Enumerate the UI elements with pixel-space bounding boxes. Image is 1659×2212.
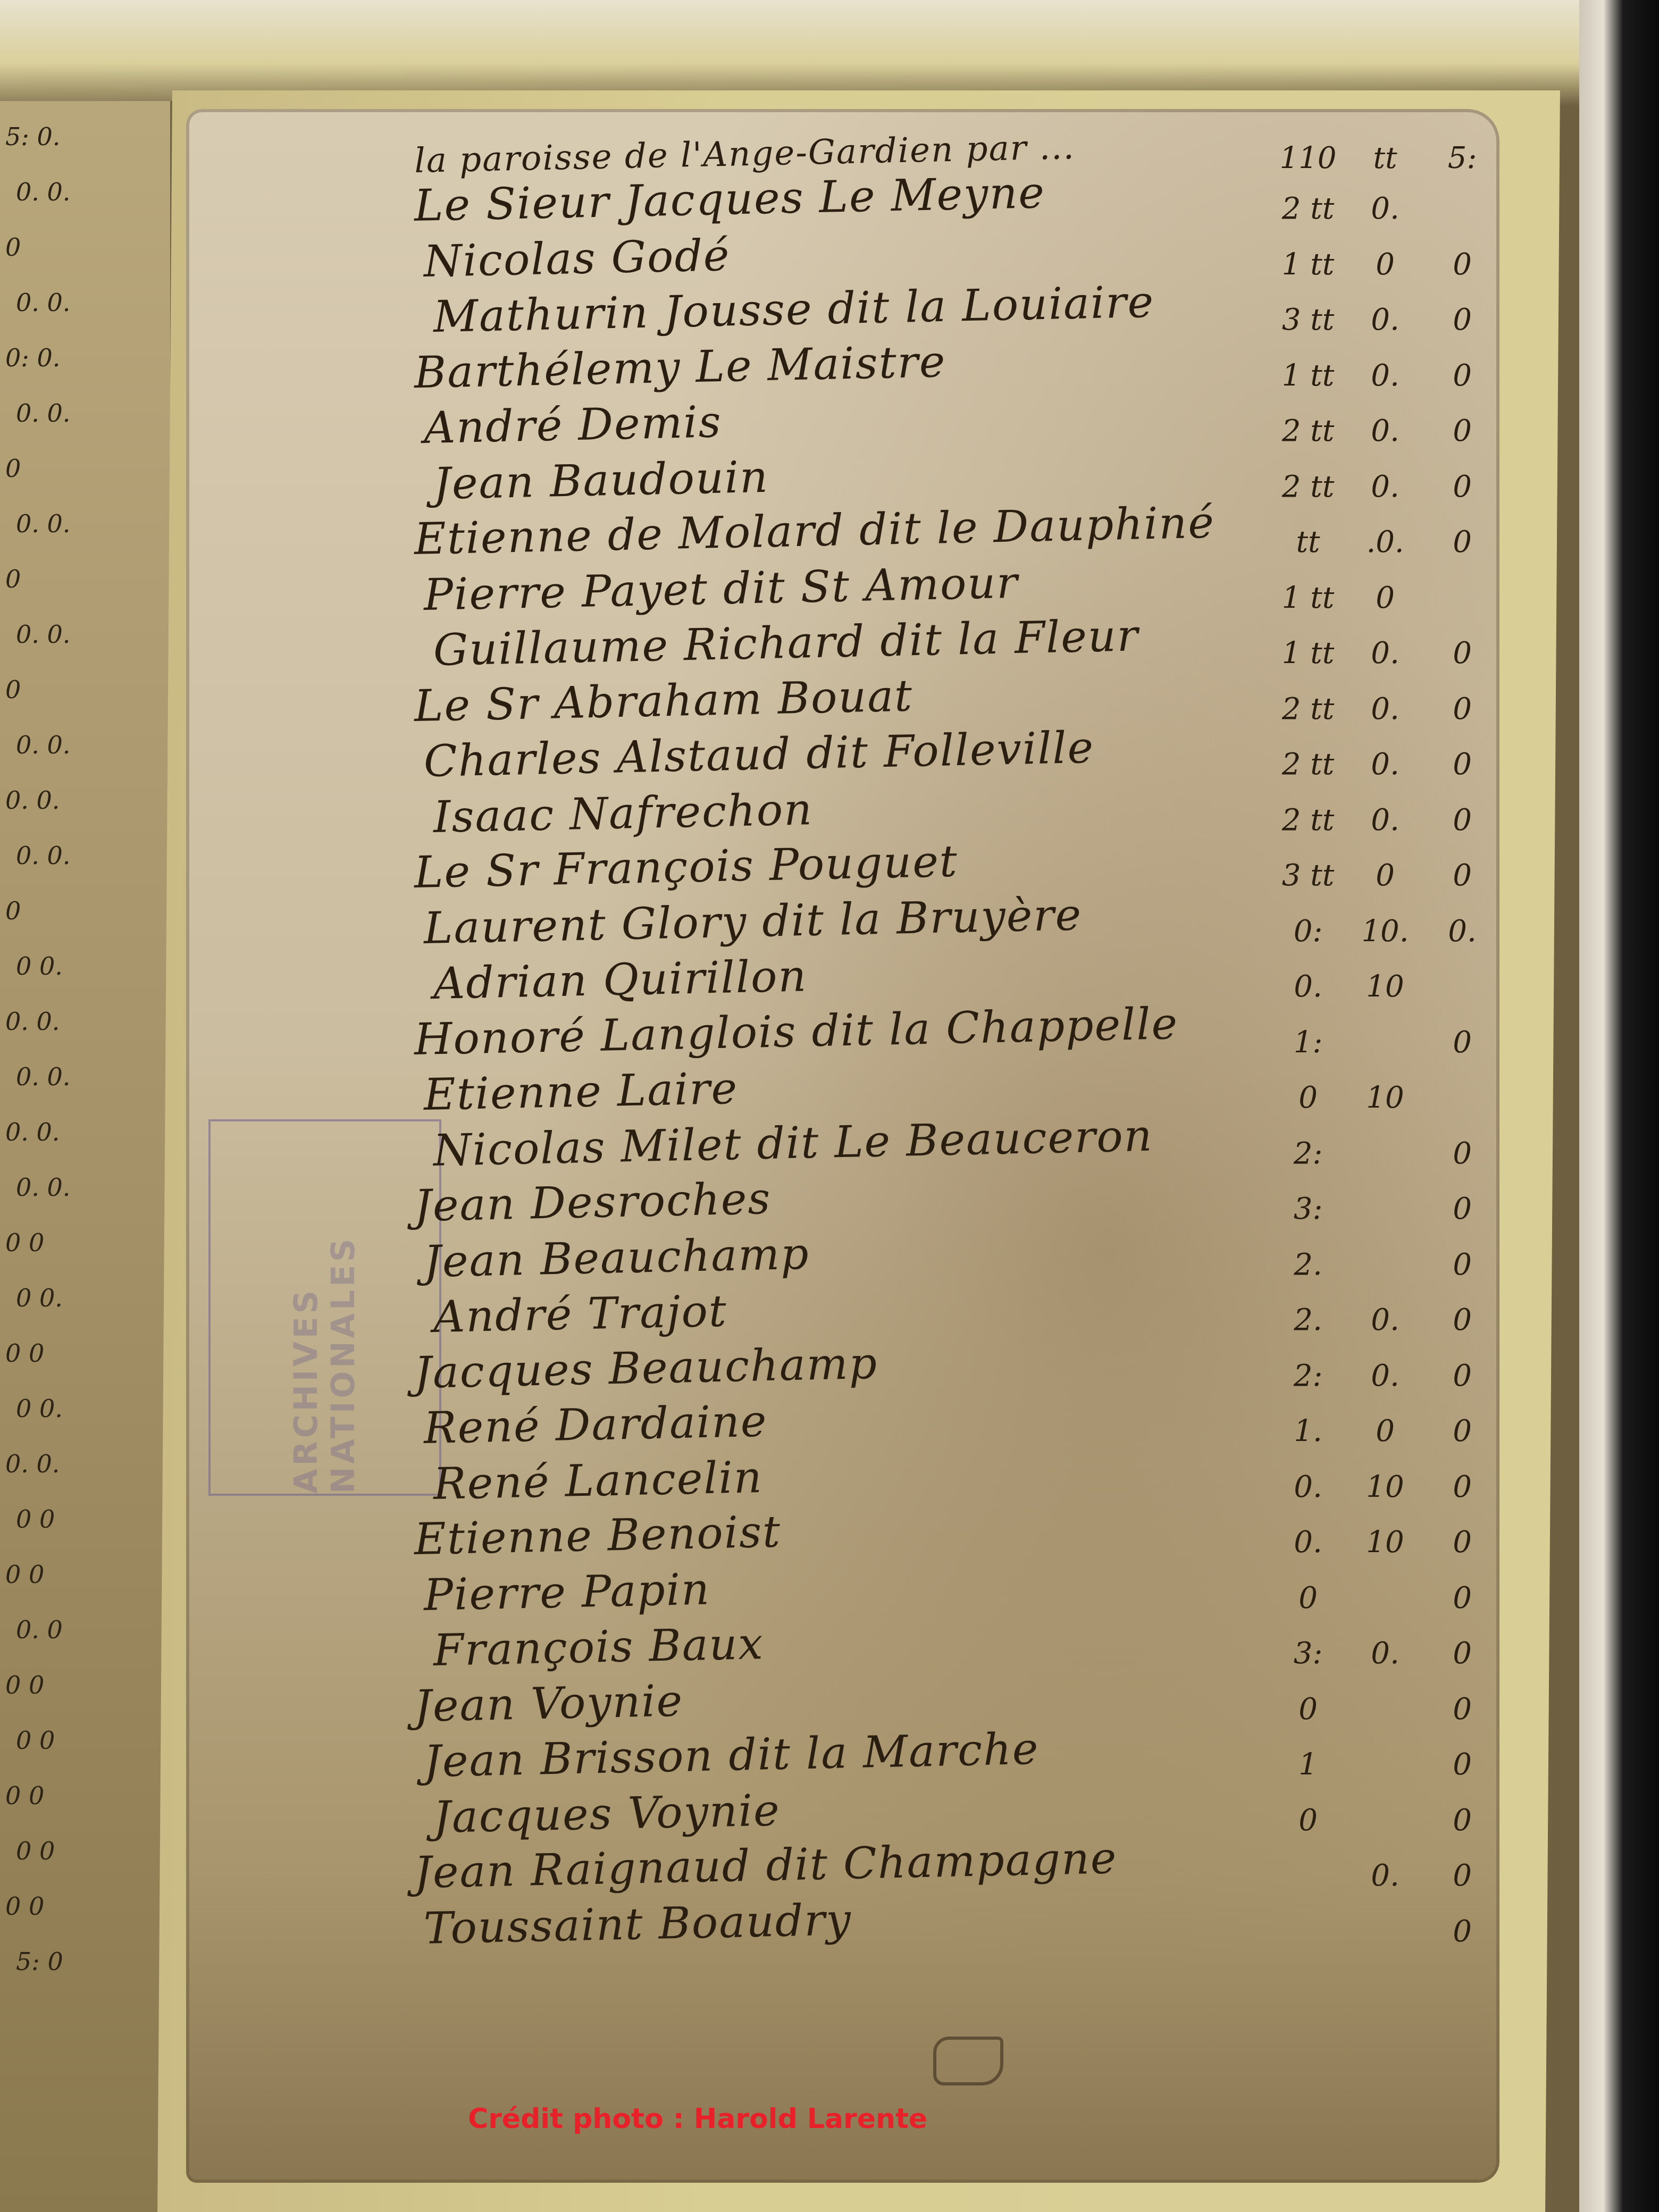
entry-name: Nicolas Godé [423, 230, 731, 287]
left-page-amount: 0. 0. [16, 399, 70, 428]
entry-name: François Baux [433, 1619, 765, 1676]
entry-amount-livres: 2 tt [1271, 803, 1345, 837]
register-entry: Laurent Glory dit la Bruyère0:10.0. [415, 895, 1499, 954]
entry-amounts: tt.0.0 [1271, 525, 1499, 559]
register-entry: Mathurin Jousse dit la Louiaire3 tt0.0 [415, 284, 1499, 342]
entry-amount-deniers: 0 [1425, 747, 1499, 782]
entry-amounts: 2 tt0.0 [1271, 414, 1499, 448]
entry-name: Isaac Nafrechon [433, 784, 814, 843]
left-page-amount: 0. 0. [16, 288, 70, 317]
entry-amount-sols [1348, 1025, 1422, 1060]
register-entry: Charles Alstaud dit Folleville2 tt0.0 [415, 728, 1499, 787]
left-page-amount: 0 0 [16, 1726, 55, 1755]
left-page-amount: 0 0 [5, 1560, 44, 1589]
entry-amount-deniers: 0 [1425, 1581, 1499, 1615]
entry-amount-sols: .0. [1348, 525, 1422, 559]
left-page-amount: 0. 0 [16, 1615, 63, 1644]
left-page-amount: 0 0. [16, 1394, 63, 1423]
entry-name: Jean Voynie [414, 1675, 684, 1732]
entry-name: Etienne Benoist [414, 1507, 782, 1565]
header-amount-deniers: 5: [1425, 141, 1499, 175]
entry-amount-livres: 2 tt [1271, 191, 1345, 226]
left-page-amount: 0 0 [5, 1228, 44, 1257]
archive-stamp-text: ARCHIVES NATIONALES [288, 1121, 362, 1494]
register-entry: Etienne Laire010 [415, 1062, 1499, 1120]
left-page-amount: 0. 0. [16, 509, 70, 538]
entry-amount-deniers: 0 [1425, 525, 1499, 559]
entry-amounts: 2.0.0 [1271, 1303, 1499, 1337]
entry-amount-deniers: 0 [1425, 1136, 1499, 1171]
entry-amounts: 2:0 [1271, 1136, 1499, 1171]
entry-name: Pierre Papin [423, 1564, 711, 1620]
header-amounts: 110 tt 5: [1271, 141, 1499, 175]
register-entry: André Trajot2.0.0 [415, 1284, 1499, 1343]
entry-amount-sols: 0 [1348, 858, 1422, 893]
entry-amounts: 0.100 [1271, 1470, 1499, 1504]
entry-name: Jacques Voynie [433, 1785, 781, 1843]
left-page-amount: 0 0 [5, 1339, 44, 1368]
entry-amount-sols: 0. [1348, 1359, 1422, 1393]
entry-amount-deniers: 0 [1425, 858, 1499, 893]
entry-amount-sols: 0. [1348, 1303, 1422, 1337]
entry-amount-livres: 1 [1271, 1747, 1345, 1782]
register-entry: Pierre Papin00 [415, 1562, 1499, 1621]
entry-name: Le Sieur Jacques Le Meyne [414, 167, 1046, 231]
entry-amounts: 0.100 [1271, 1525, 1499, 1560]
entry-amount-livres: 2. [1271, 1303, 1345, 1337]
entry-amount-livres: 0 [1271, 1803, 1345, 1838]
entry-amount-deniers: 0 [1425, 1470, 1499, 1504]
entry-amounts: 0.10 [1271, 969, 1499, 1004]
entry-amount-sols: 0. [1348, 747, 1422, 782]
entry-amount-livres: 3 tt [1271, 303, 1345, 337]
entry-name: Le Sr Abraham Bouat [414, 671, 914, 732]
register-entry: Pierre Payet dit St Amour1 tt0 [415, 562, 1499, 621]
entry-amount-deniers: 0 [1425, 1192, 1499, 1226]
entry-amount-deniers: 0 [1425, 1525, 1499, 1560]
entry-amount-deniers: 0 [1425, 1303, 1499, 1337]
entry-name: Jean Beauchamp [423, 1228, 810, 1287]
entry-amount-sols [1348, 1803, 1422, 1838]
entry-amount-livres: 0 [1271, 1581, 1345, 1615]
entry-amount-sols: 0. [1348, 303, 1422, 337]
left-page-amount: 0. 0. [5, 786, 60, 815]
entry-amount-sols: 0. [1348, 692, 1422, 726]
entry-amount-deniers [1425, 1080, 1499, 1115]
register-entry: Jacques Voynie00 [415, 1784, 1499, 1843]
left-facing-page: 5: 0.0. 0.00. 0.0: 0.0. 0.00. 0.00. 0.00… [0, 101, 173, 2212]
left-page-amount: 0 0 [5, 1671, 44, 1699]
entry-amount-deniers [1425, 969, 1499, 1004]
register-entry: André Demis2 tt0.0 [415, 395, 1499, 454]
left-page-amount: 0. 0. [16, 1173, 70, 1202]
entry-amount-livres: 3 tt [1271, 858, 1345, 893]
left-page-amount: 0 0 [16, 1505, 55, 1534]
entry-amount-deniers: 0 [1425, 414, 1499, 448]
left-page-amount: 0 0. [16, 952, 63, 981]
entry-amount-livres [1271, 1858, 1345, 1893]
entry-amount-sols: 0 [1348, 581, 1422, 615]
entry-amount-livres: 0. [1271, 1525, 1345, 1560]
register-entry: Etienne de Molard dit le Dauphinétt.0.0 [415, 506, 1499, 565]
wax-seal-mark [933, 2037, 1003, 2085]
entry-name: Jean Raignaud dit Champagne [414, 1833, 1118, 1898]
entry-amount-deniers: 0 [1425, 1247, 1499, 1282]
entry-name: Honoré Langlois dit la Chappelle [414, 998, 1179, 1065]
entry-amount-deniers: 0 [1425, 1803, 1499, 1838]
entry-amount-deniers: 0 [1425, 636, 1499, 671]
entry-amount-livres: 3: [1271, 1192, 1345, 1226]
entry-amount-sols: 0. [1348, 191, 1422, 226]
register-entry: René Dardaine1.00 [415, 1395, 1499, 1454]
entry-amount-livres: 2. [1271, 1247, 1345, 1282]
photo-credit: Crédit photo : Harold Larente [468, 2103, 927, 2135]
archive-stamp: ARCHIVES NATIONALES [208, 1119, 441, 1496]
left-page-amount: 0 0 [5, 1892, 44, 1921]
entry-amount-sols [1348, 1136, 1422, 1171]
entry-amounts: 00 [1271, 1581, 1499, 1615]
entry-amount-deniers: 0 [1425, 303, 1499, 337]
register-entry: Etienne Benoist0.100 [415, 1506, 1499, 1565]
entry-name: Guillaume Richard dit la Fleur [433, 610, 1139, 676]
entry-amount-sols: 10 [1348, 1470, 1422, 1504]
entry-amount-sols: 0 [1348, 1414, 1422, 1448]
register-entry: Jean Raignaud dit Champagne0.0 [415, 1840, 1499, 1898]
entry-amount-sols: 0. [1348, 414, 1422, 448]
entry-amounts: 2 tt0.0 [1271, 692, 1499, 726]
entry-amount-sols: 0. [1348, 470, 1422, 504]
left-page-amount: 0: 0. [5, 343, 60, 372]
entry-amounts: 3:0 [1271, 1192, 1499, 1226]
entry-name: André Demis [423, 397, 723, 454]
left-page-amount: 0 [5, 675, 21, 704]
entry-amount-livres: 2 tt [1271, 692, 1345, 726]
entry-amount-deniers: 0 [1425, 358, 1499, 393]
entry-name: Toussaint Boaudry [423, 1895, 852, 1954]
left-page-amount: 0. 0. [16, 841, 70, 870]
entry-amount-deniers: 0 [1425, 692, 1499, 726]
entry-amount-deniers: 0 [1425, 1914, 1499, 1949]
right-edge-background [1579, 0, 1659, 2212]
entry-amounts: 1 tt0.0 [1271, 636, 1499, 671]
entry-amount-livres: 2: [1271, 1359, 1345, 1393]
entry-amounts: 1.00 [1271, 1414, 1499, 1448]
entry-name: Barthélemy Le Maistre [414, 337, 946, 398]
entry-name: Jean Brisson dit la Marche [423, 1724, 1040, 1787]
entry-name: Jean Baudouin [433, 451, 769, 509]
entry-amounts: 3:0.0 [1271, 1636, 1499, 1671]
entry-amount-sols [1348, 1692, 1422, 1727]
left-page-amount: 0. 0. [5, 1007, 60, 1036]
entry-amounts: 2.0 [1271, 1247, 1499, 1282]
register-entry: Jean Baudouin2 tt0.0 [415, 451, 1499, 509]
entry-amount-livres: 0: [1271, 914, 1345, 949]
entry-name: Nicolas Milet dit Le Beauceron [433, 1110, 1153, 1176]
entry-amount-sols: 0 [1348, 247, 1422, 282]
entry-name: Etienne Laire [423, 1063, 739, 1120]
entry-amount-deniers: 0 [1425, 1858, 1499, 1893]
register-entry: Isaac Nafrechon2 tt0.0 [415, 784, 1499, 843]
entry-amounts: 0 [1271, 1914, 1499, 1949]
entry-amounts: 3 tt00 [1271, 858, 1499, 893]
register-entry: Guillaume Richard dit la Fleur1 tt0.0 [415, 617, 1499, 676]
entry-amount-deniers: 0 [1425, 1359, 1499, 1393]
left-page-amount: 0 0 [5, 1781, 44, 1810]
entry-amount-sols [1348, 1747, 1422, 1782]
entry-amount-sols [1348, 1247, 1422, 1282]
left-page-amount: 0. 0. [16, 178, 70, 206]
header-amount-livres: 110 [1271, 141, 1345, 175]
entry-amounts: 2 tt0.0 [1271, 470, 1499, 504]
entry-amount-livres: 1 tt [1271, 247, 1345, 282]
entry-name: Charles Alstaud dit Folleville [423, 723, 1095, 787]
entry-amount-deniers: 0 [1425, 1692, 1499, 1727]
entry-name: Pierre Payet dit St Amour [423, 557, 1019, 620]
entry-amount-livres: 1. [1271, 1414, 1345, 1448]
left-page-amount: 0. 0. [5, 1118, 60, 1146]
entry-amount-livres: 0 [1271, 1692, 1345, 1727]
entry-amount-livres: 0 [1271, 1080, 1345, 1115]
register-entry: Jacques Beauchamp2:0.0 [415, 1340, 1499, 1398]
left-page-amount: 0. 0. [16, 620, 70, 649]
entry-amounts: 2 tt0.0 [1271, 747, 1499, 782]
entry-name: Jacques Beauchamp [414, 1338, 878, 1398]
entry-amount-deniers: 0 [1425, 1747, 1499, 1782]
entry-amount-livres: 1 tt [1271, 636, 1345, 671]
register-entry: Adrian Quirillon0.10 [415, 951, 1499, 1009]
entry-name: Mathurin Jousse dit la Louiaire [433, 277, 1155, 342]
left-page-amount: 0. 0. [16, 731, 70, 759]
entry-name: André Trajot [433, 1286, 728, 1343]
entry-amounts: 0.0 [1271, 1858, 1499, 1893]
entry-amount-livres: 2 tt [1271, 414, 1345, 448]
entry-name: René Dardaine [423, 1396, 768, 1454]
left-page-amount: 0 [5, 896, 21, 925]
entry-amount-sols: 10 [1348, 1525, 1422, 1560]
entry-amount-sols: 0. [1348, 1636, 1422, 1671]
entry-amount-livres: 2: [1271, 1136, 1345, 1171]
entry-name: René Lancelin [433, 1452, 763, 1510]
entry-amounts: 3 tt0.0 [1271, 303, 1499, 337]
entry-amount-livres: 1: [1271, 1025, 1345, 1060]
entry-name: Le Sr François Pouguet [414, 836, 959, 898]
left-page-amount: 0 [5, 233, 21, 262]
entry-amounts: 10 [1271, 1747, 1499, 1782]
register-entry: Jean Brisson dit la Marche10 [415, 1729, 1499, 1787]
entry-amounts: 2:0.0 [1271, 1359, 1499, 1393]
register-entry: Jean Desroches3:0 [415, 1173, 1499, 1231]
left-page-amount: 5: 0. [5, 122, 60, 151]
entry-amount-deniers: 0 [1425, 247, 1499, 282]
left-page-amount: 5: 0 [16, 1947, 63, 1976]
entry-amount-sols: 0. [1348, 636, 1422, 671]
entry-amount-sols: 10 [1348, 969, 1422, 1004]
entry-name: Laurent Glory dit la Bruyère [423, 890, 1083, 954]
register-entry: Barthélemy Le Maistre1 tt0.0 [415, 340, 1499, 398]
register-entry: Le Sieur Jacques Le Meyne2 tt0. [415, 173, 1499, 231]
entry-amount-deniers [1425, 191, 1499, 226]
entry-amount-livres: 0. [1271, 969, 1345, 1004]
register-entry: Le Sr François Pouguet3 tt00 [415, 840, 1499, 898]
entry-amount-sols [1348, 1581, 1422, 1615]
entry-amount-livres: tt [1271, 525, 1345, 559]
entry-amount-deniers [1425, 581, 1499, 615]
entry-name: Adrian Quirillon [433, 951, 808, 1009]
register-entry: Jean Beauchamp2.0 [415, 1229, 1499, 1287]
entry-amounts: 010 [1271, 1080, 1499, 1115]
entry-amount-livres: 0. [1271, 1470, 1345, 1504]
entry-amount-sols: 0. [1348, 358, 1422, 393]
entry-amount-deniers: 0 [1425, 470, 1499, 504]
entry-amount-sols [1348, 1914, 1422, 1949]
left-page-amount: 0 [5, 454, 21, 483]
entry-amount-livres: 1 tt [1271, 581, 1345, 615]
register-entry: Nicolas Godé1 tt00 [415, 229, 1499, 287]
register-entry: François Baux3:0.0 [415, 1618, 1499, 1676]
entry-amount-livres: 1 tt [1271, 358, 1345, 393]
entry-amount-sols: 0. [1348, 1858, 1422, 1893]
entry-amount-livres: 3: [1271, 1636, 1345, 1671]
left-page-amount: 0 0. [16, 1284, 63, 1312]
register-entry: René Lancelin0.100 [415, 1451, 1499, 1510]
entry-amount-deniers: 0 [1425, 1025, 1499, 1060]
entry-name: Jean Desroches [414, 1174, 772, 1231]
register-entry: Nicolas Milet dit Le Beauceron2:0 [415, 1118, 1499, 1176]
entry-amount-livres: 2 tt [1271, 470, 1345, 504]
left-page-amount: 0 [5, 565, 21, 593]
header-amount-sols: tt [1348, 141, 1422, 175]
entry-amount-deniers: 0 [1425, 1636, 1499, 1671]
register-entry: Honoré Langlois dit la Chappelle1:0 [415, 1007, 1499, 1065]
entry-amounts: 2 tt0. [1271, 191, 1499, 226]
left-page-amount: 0 0 [16, 1837, 55, 1865]
entry-amount-deniers: 0. [1425, 914, 1499, 949]
left-page-amount: 0. 0. [5, 1449, 60, 1478]
entry-amount-livres: 2 tt [1271, 747, 1345, 782]
entry-amounts: 2 tt0.0 [1271, 803, 1499, 837]
entry-amount-sols: 10 [1348, 1080, 1422, 1115]
entry-amount-sols: 10. [1348, 914, 1422, 949]
entry-amount-deniers: 0 [1425, 1414, 1499, 1448]
entry-amount-sols [1348, 1192, 1422, 1226]
entry-amount-sols: 0. [1348, 803, 1422, 837]
left-page-amount: 0. 0. [16, 1062, 70, 1091]
register-entry: Toussaint Boaudry0 [415, 1896, 1499, 1954]
entry-amount-deniers: 0 [1425, 803, 1499, 837]
entry-amounts: 0:10.0. [1271, 914, 1499, 949]
entry-amounts: 1 tt0.0 [1271, 358, 1499, 393]
entry-name: Etienne de Molard dit le Dauphiné [414, 497, 1216, 565]
entry-amounts: 1 tt00 [1271, 247, 1499, 282]
entry-amounts: 00 [1271, 1692, 1499, 1727]
entry-amounts: 00 [1271, 1803, 1499, 1838]
entry-amounts: 1:0 [1271, 1025, 1499, 1060]
entry-amount-livres [1271, 1914, 1345, 1949]
entry-amounts: 1 tt0 [1271, 581, 1499, 615]
register-entry: Jean Voynie00 [415, 1673, 1499, 1732]
register-entry: Le Sr Abraham Bouat2 tt0.0 [415, 673, 1499, 732]
